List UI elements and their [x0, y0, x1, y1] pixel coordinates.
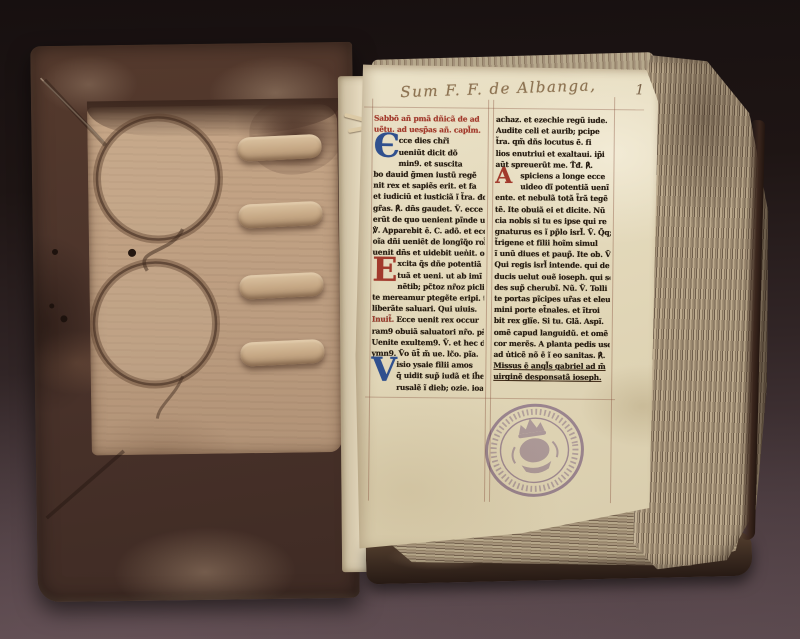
manuscript-page: Sum F. F. de Albanga, 1 Sabbõ añ pmã dñi… [353, 64, 658, 551]
corner-fold-line [46, 451, 125, 518]
board-hole [128, 249, 136, 257]
board-groove-marks [30, 42, 360, 602]
sewing-slip-4 [240, 339, 325, 367]
folio-number: 1 [635, 82, 644, 98]
manuscript-text-line: rusalẽ ĩ dieb; ozie. ioathã [371, 381, 483, 393]
library-stamp [470, 389, 599, 512]
nail-hole [60, 315, 67, 322]
manuscript-text-line: uirginẽ desponsatã ioseph. [493, 371, 609, 383]
photograph-of-medieval-manuscript: Sum F. F. de Albanga, 1 Sabbõ añ pmã dñi… [0, 0, 800, 639]
sewing-slip-1 [237, 134, 322, 162]
nail-hole [49, 303, 54, 308]
ruling-line-horizontal [364, 107, 644, 111]
sewing-slip-2 [238, 201, 323, 229]
sewing-slip-3 [239, 272, 324, 300]
nail-hole [52, 249, 58, 255]
front-cover-inside [30, 42, 360, 602]
ownership-inscription: Sum F. F. de Albanga, [400, 75, 632, 101]
text-column-left: Sabbõ añ pmã dñicã de aduẽtu. ad uesp̃as… [371, 113, 486, 394]
text-column-right: achaz. et ezechie regũ iude.Audite celi … [493, 114, 612, 384]
